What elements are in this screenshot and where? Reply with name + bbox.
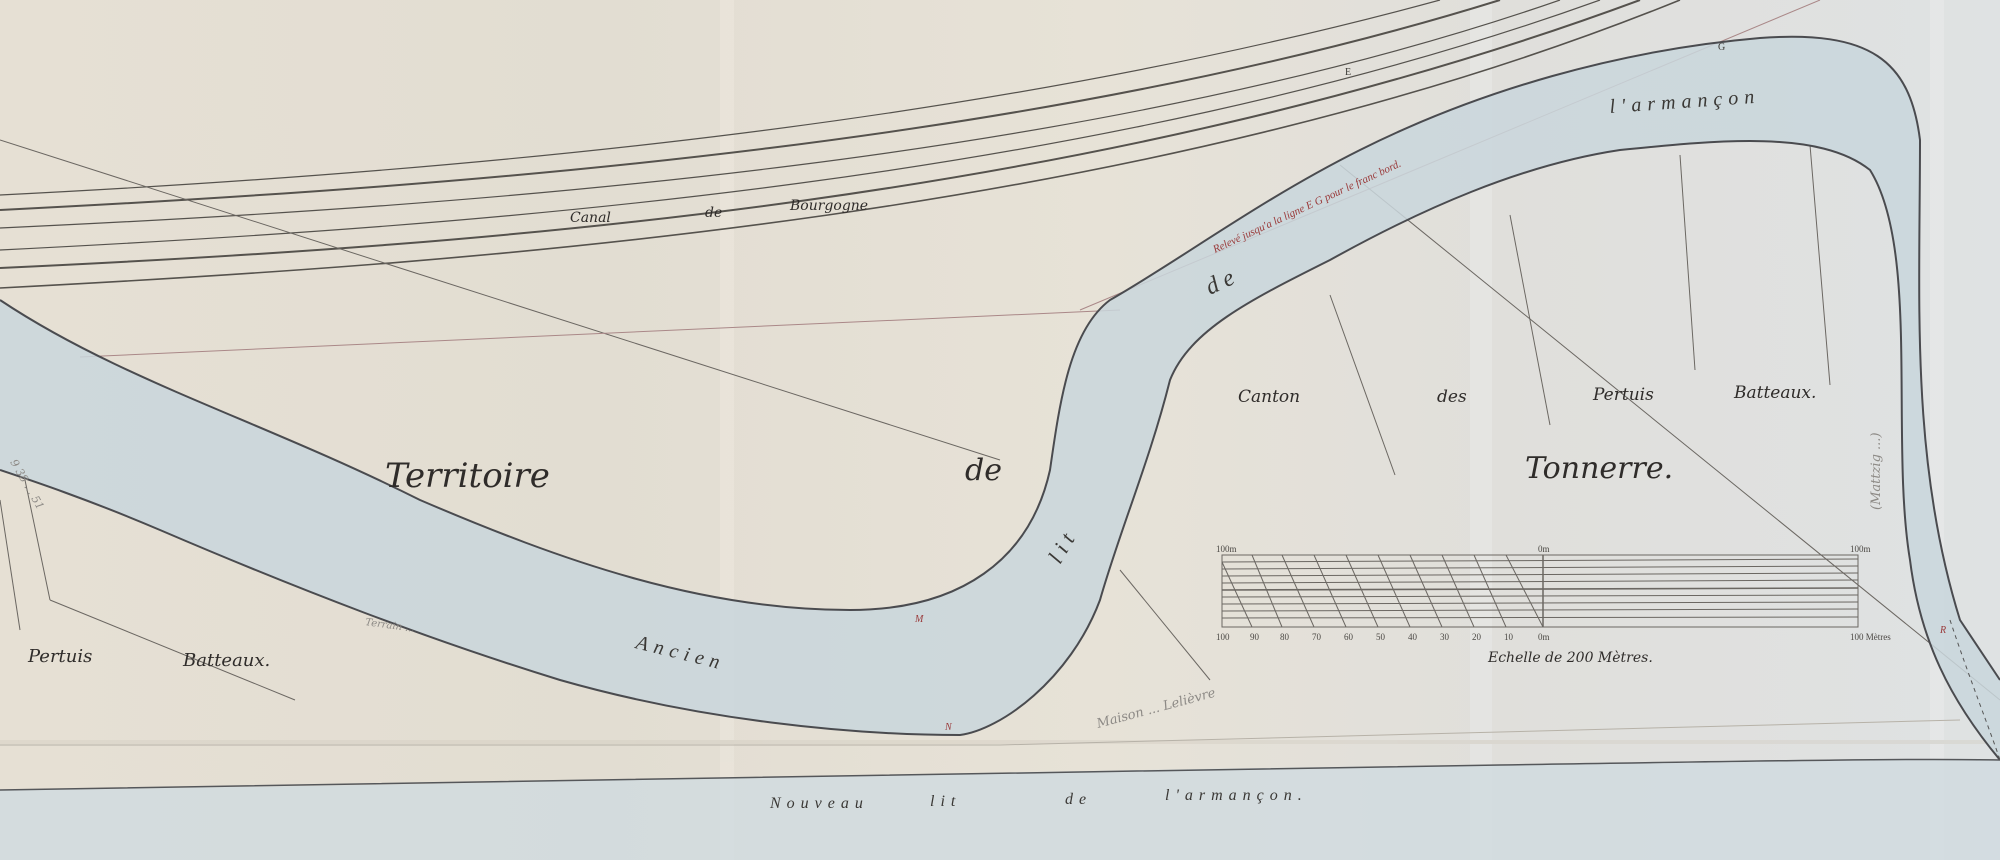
label-nouveau: Nouveau (769, 795, 869, 812)
label-de: de (965, 453, 1002, 488)
scale-tick-100: 100 (1216, 632, 1230, 642)
scale-tick-70: 70 (1312, 632, 1322, 642)
scale-tick-0: 0m (1538, 632, 1550, 642)
label-pertuis-left: Pertuis (27, 646, 92, 667)
label-canton: Canton (1238, 387, 1300, 407)
label-nouveau-armancon: l'armançon. (1165, 787, 1308, 804)
ancien-lit-river (0, 37, 2000, 760)
pencil-note-maison: Maison ... Lelièvre (1094, 686, 1217, 732)
scale-title: Echelle de 200 Mètres. (1487, 650, 1653, 666)
label-territoire: Territoire (385, 456, 550, 496)
scale-tick-40: 40 (1408, 632, 1418, 642)
scale-top-left: 100m (1216, 544, 1237, 554)
scale-tick-20: 20 (1472, 632, 1482, 642)
label-batteaux-right: Batteaux. (1733, 383, 1816, 403)
map-canvas: Canal de Bourgogne Territoire de Tonnerr… (0, 0, 2000, 860)
diagonal-scale (1222, 555, 1858, 627)
label-nouveau-de: de (1065, 791, 1092, 808)
label-des: des (1437, 387, 1467, 407)
scale-top-right: 100m (1850, 544, 1871, 554)
label-tonnerre: Tonnerre. (1525, 451, 1673, 486)
label-canal-de: de (705, 205, 722, 221)
label-nouveau-lit: lit (930, 793, 961, 810)
scale-tick-30: 30 (1440, 632, 1450, 642)
label-canal: Canal (570, 210, 611, 226)
scale-tick-50: 50 (1376, 632, 1386, 642)
label-canal-bourgogne: Bourgogne (789, 198, 868, 214)
point-letter-g: G (1718, 42, 1725, 53)
point-letter-r: R (1939, 625, 1946, 636)
label-batteaux-left: Batteaux. (182, 650, 270, 671)
scale-tick-90: 90 (1250, 632, 1260, 642)
pencil-note-right: (Mattzig ...) (1869, 432, 1884, 510)
scale-tick-60: 60 (1344, 632, 1354, 642)
point-letter-n: N (944, 722, 953, 733)
point-letter-e: E (1345, 67, 1351, 78)
scale-tick-80: 80 (1280, 632, 1290, 642)
point-letter-m: M (914, 614, 924, 625)
scale-tick-10: 10 (1504, 632, 1514, 642)
label-pertuis-right: Pertuis (1592, 385, 1654, 405)
nouveau-lit-river (0, 759, 2000, 860)
scale-bottom-right: 100 Mètres (1850, 632, 1891, 642)
scale-top-mid: 0m (1538, 544, 1550, 554)
map-sheet: Canal de Bourgogne Territoire de Tonnerr… (0, 0, 2000, 860)
